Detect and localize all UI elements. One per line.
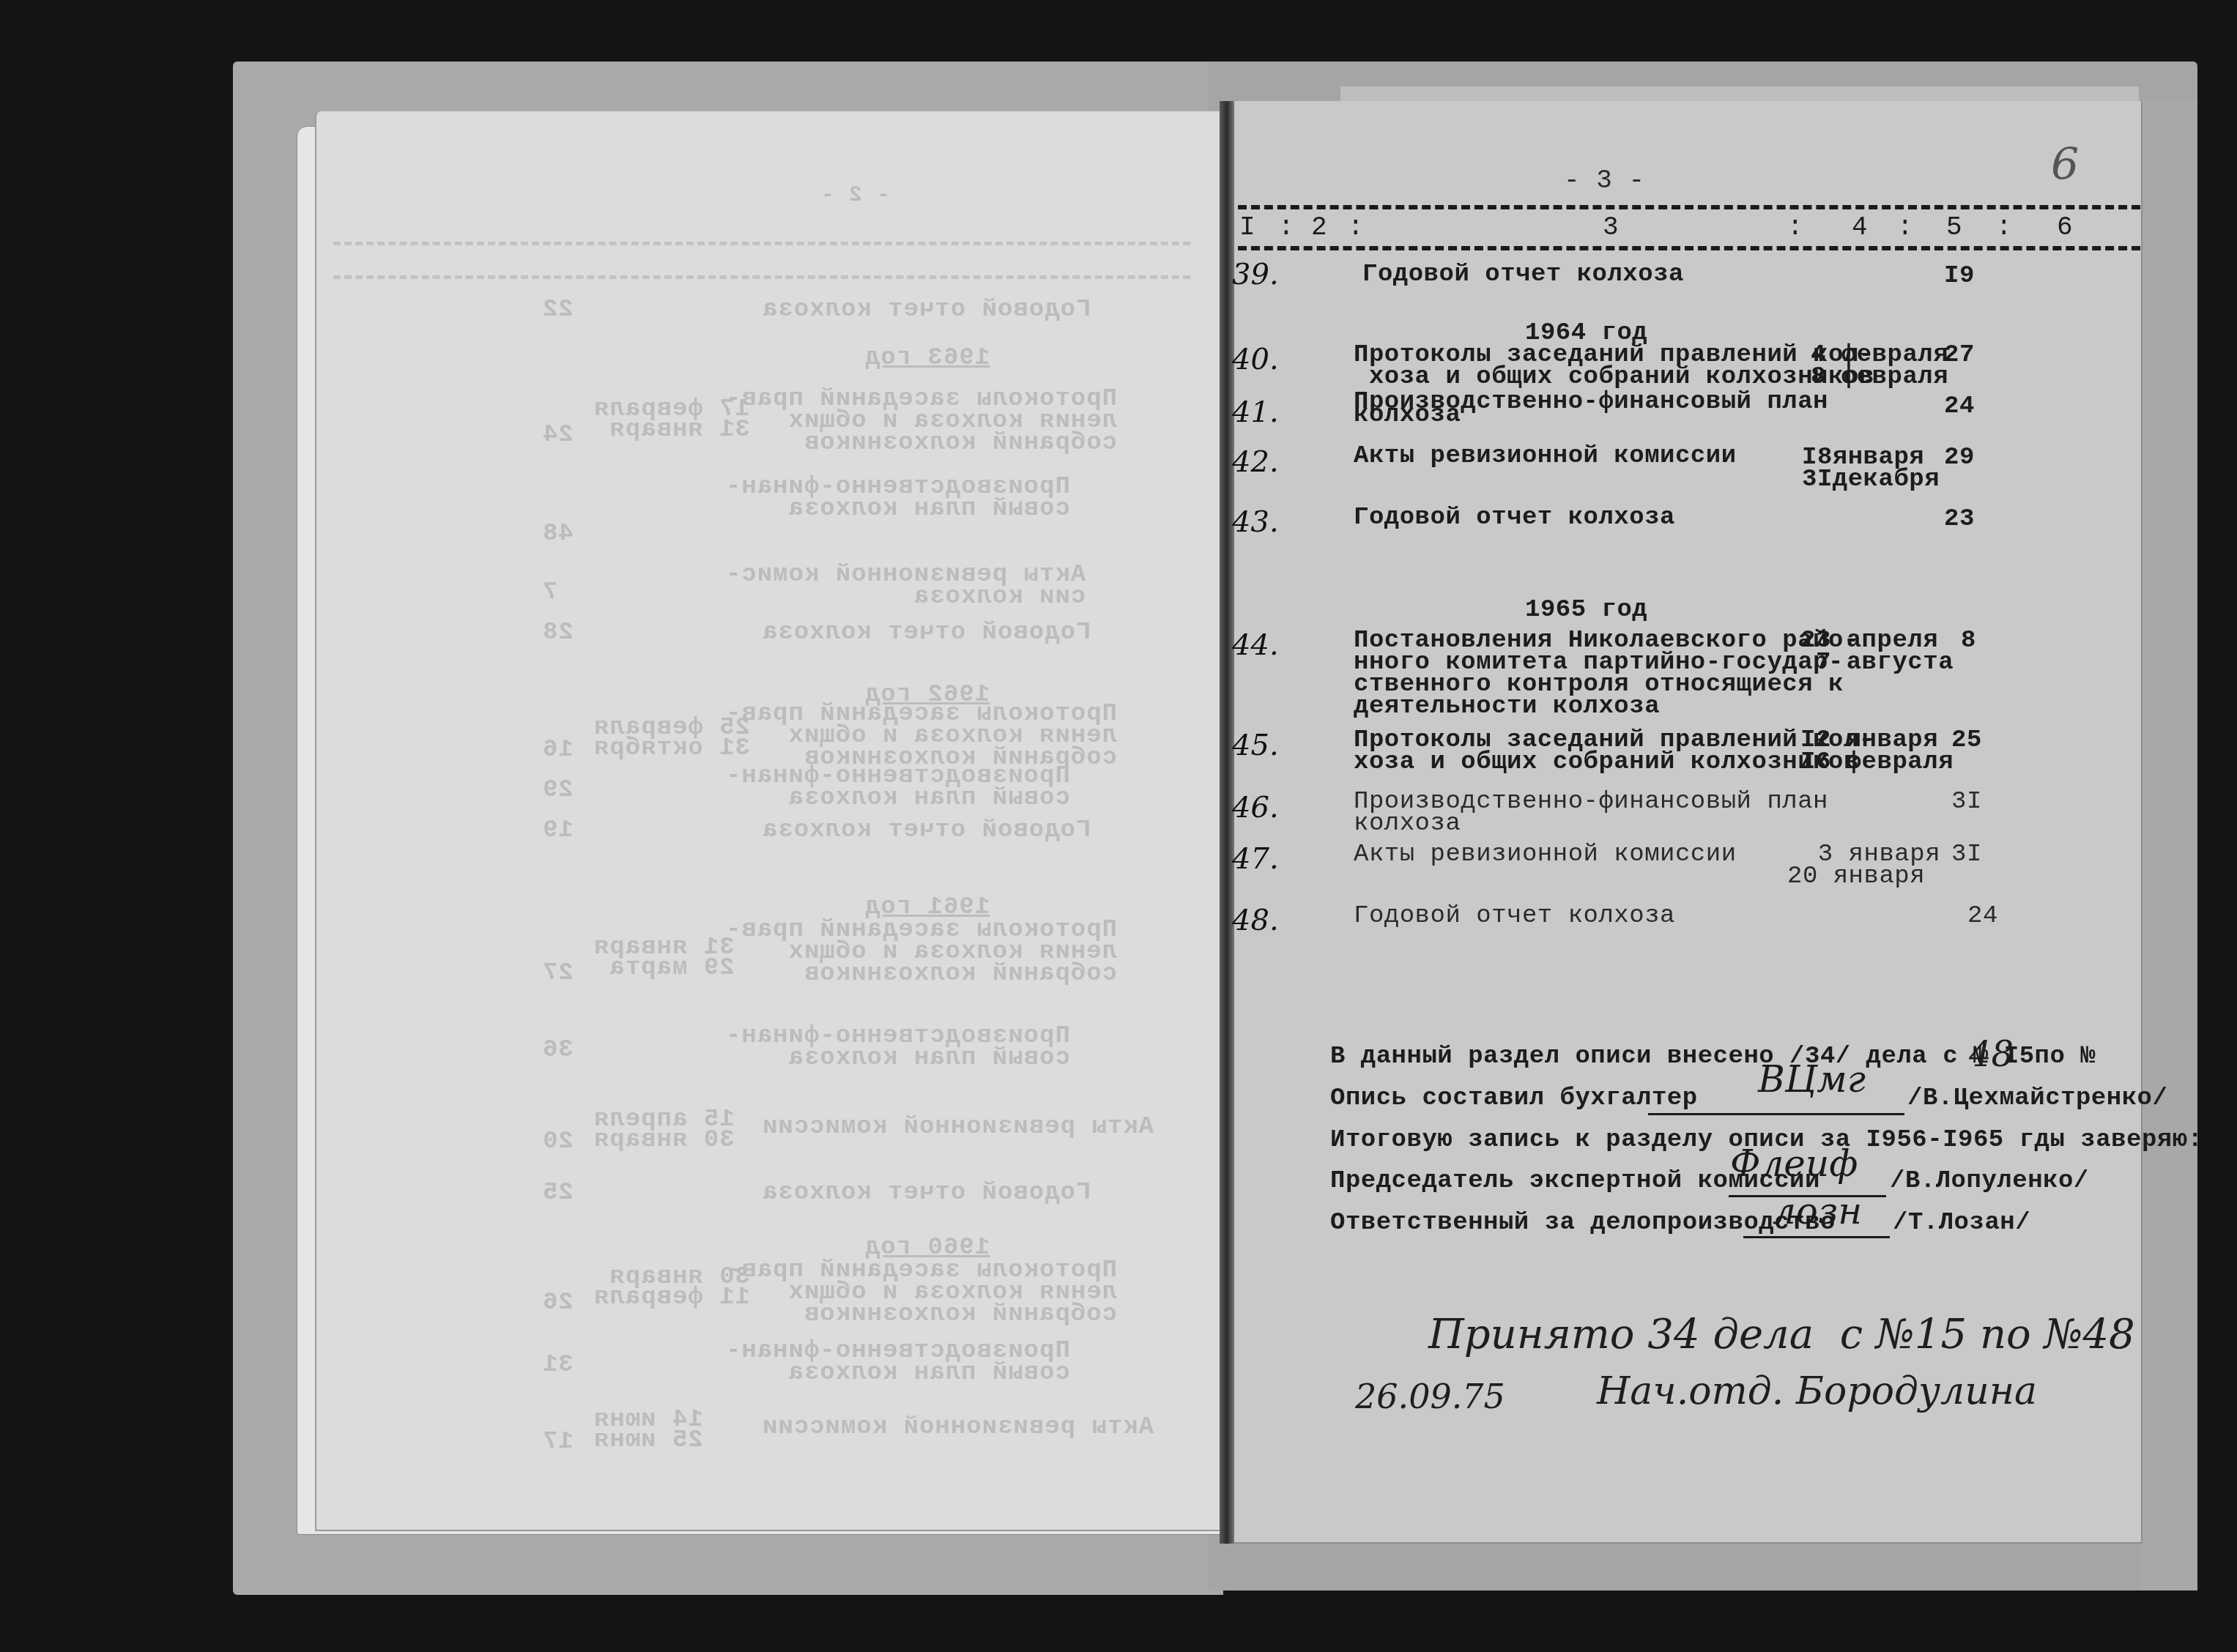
- clerk-signature-line: [1743, 1236, 1890, 1238]
- row-title: Годовой отчет колхоза: [1354, 507, 1675, 529]
- compiler-signature: ВЦмг: [1758, 1058, 1866, 1101]
- acceptance-text: Принято 34 дела с №15 по №48: [1428, 1311, 2135, 1358]
- row-dates: 3 января 20 января: [1787, 844, 1940, 888]
- row-title: Акты ревизионной комиссии: [1354, 844, 1737, 866]
- ghost-num: 7: [542, 578, 557, 606]
- col-separator: :: [1348, 212, 1364, 242]
- clerk-name: /Т.Лозан/: [1893, 1212, 2030, 1234]
- folder-strip: [1340, 86, 2139, 101]
- ghost-num: 29: [542, 776, 574, 804]
- row-sheets: 27: [1944, 344, 1975, 366]
- chair-signature: Флеиф: [1730, 1142, 1858, 1185]
- compiler-label: Опись составил бухгалтер: [1330, 1087, 1698, 1109]
- col-3-header: 3: [1603, 212, 1619, 242]
- row-title: Производственно-финансовый план колхоза: [1354, 395, 1828, 422]
- ghost-line: Производственно-финан- совый план колхоз…: [725, 1025, 1070, 1069]
- row-dates: I8января 3Iдекабря: [1802, 447, 1940, 491]
- col-1-header: I: [1239, 212, 1255, 242]
- row-dates: 23 апреля 7 августа: [1800, 630, 1954, 674]
- table-rule-top: [1238, 205, 2140, 209]
- row-title: Протоколы заседаний правлений кол- хоза …: [1354, 344, 1874, 388]
- row-sheets: 8: [1961, 630, 1976, 652]
- row-number: 43.: [1232, 505, 1279, 539]
- ghost-dates: 15 апреля 30 января: [593, 1109, 735, 1150]
- row-title: Годовой отчет колхоза: [1362, 264, 1684, 286]
- ghost-line: Акты ревизионной комис- сии колхоза: [725, 564, 1086, 608]
- row-sheets: 24: [1944, 395, 1975, 417]
- ghost-line: Производственно-финан- совый план колхоз…: [725, 765, 1070, 809]
- ghost-line: Протоколы заседаний прав- ления колхоза …: [725, 388, 1117, 454]
- ghost-num: 16: [542, 736, 574, 764]
- ghost-num: 22: [542, 296, 574, 324]
- col-separator: :: [1278, 212, 1294, 242]
- row-sheets: 3I: [1951, 791, 1982, 813]
- row-sheets: I9: [1944, 265, 1975, 287]
- ghost-num: 36: [542, 1036, 574, 1064]
- ghost-line: Годовой отчет колхоза: [762, 1179, 1091, 1207]
- ghost-dates: 14 июня 25 июня: [593, 1410, 703, 1451]
- acceptance-date: 26.09.75: [1355, 1377, 1505, 1416]
- row-sheets: 3I: [1951, 844, 1982, 866]
- page-number: - 3 -: [1564, 170, 1645, 192]
- ghost-line: Производственно-финан- совый план колхоз…: [725, 476, 1070, 520]
- row-title: Акты ревизионной комиссии: [1354, 445, 1737, 467]
- clerk-label: Ответственный за делопроизводство: [1330, 1212, 1836, 1234]
- ghost-dates: 31 января 29 марта: [593, 937, 735, 978]
- row-dates: I2 января I6 февраля: [1800, 729, 1954, 773]
- chair-name: /В.Лопуленко/: [1890, 1170, 2089, 1192]
- row-sheets: 24: [1967, 905, 1998, 927]
- compiler-name: /В.Цехмайстренко/: [1907, 1087, 2167, 1109]
- ghost-num: 31: [542, 1351, 574, 1379]
- acceptance-signer: Нач.отд. Бородулина: [1597, 1369, 2037, 1413]
- row-number: 46.: [1232, 791, 1279, 825]
- ghost-dates: 25 февраля 31 октября: [593, 718, 750, 759]
- ghost-line: Протоколы заседаний прав- ления колхоза …: [725, 1260, 1117, 1325]
- summary-last-number: 48: [1969, 1034, 2014, 1075]
- row-number: 42.: [1232, 445, 1279, 479]
- ghost-dates: 30 января 11 февраля: [593, 1267, 750, 1308]
- ghost-num: 48: [542, 520, 574, 548]
- ghost-line: Акты ревизионной комиссии: [762, 1113, 1154, 1141]
- ghost-line: Протоколы заседаний прав- ления колхоза …: [725, 919, 1117, 985]
- left-page-number: - 2 -: [820, 183, 890, 208]
- section-year-1965: 1965 год: [1525, 599, 1647, 621]
- row-title: Протоколы заседаний правлений кол- хоза …: [1354, 729, 1874, 773]
- ghost-dates: 17 февраля 31 января: [593, 399, 750, 440]
- col-6-header: 6: [2057, 212, 2073, 242]
- ghost-line: Годовой отчет колхоза: [762, 296, 1091, 324]
- left-dash-top: [333, 242, 1190, 245]
- col-separator: :: [1897, 212, 1913, 242]
- ghost-num: 25: [542, 1179, 574, 1207]
- row-number: 41.: [1232, 395, 1279, 429]
- ghost-line: Протоколы заседаний прав- ления колхоза …: [725, 703, 1117, 769]
- ghost-line: Годовой отчет колхоза: [762, 816, 1091, 844]
- left-dash-bottom: [333, 275, 1190, 279]
- ghost-line: Производственно-финан- совый план колхоз…: [725, 1340, 1070, 1384]
- row-number: 48.: [1232, 904, 1279, 937]
- clerk-signature: лозн: [1773, 1190, 1862, 1232]
- row-dates: 4 февраля 8 февраля: [1811, 344, 1948, 388]
- ghost-section: 1963 год: [864, 344, 990, 372]
- row-title: Годовой отчет колхоза: [1354, 905, 1675, 927]
- row-title: Производственно-финансовый план колхоза: [1354, 791, 1828, 835]
- col-separator: :: [1996, 212, 2012, 242]
- compiler-signature-line: [1648, 1113, 1904, 1115]
- col-4-header: 4: [1852, 212, 1868, 242]
- right-cover-edge: [2140, 101, 2197, 1590]
- row-title: Постановления Николаевского райо- нного …: [1354, 630, 1859, 718]
- ghost-num: 17: [542, 1428, 574, 1456]
- table-rule-bottom: [1238, 246, 2140, 250]
- col-2-header: 2: [1311, 212, 1327, 242]
- ghost-num: 28: [542, 619, 574, 647]
- row-number: 44.: [1232, 628, 1279, 662]
- col-separator: :: [1787, 212, 1803, 242]
- ghost-num: 24: [542, 421, 574, 449]
- row-sheets: 25: [1951, 729, 1982, 751]
- ghost-num: 19: [542, 816, 574, 844]
- row-number: 45.: [1232, 729, 1279, 762]
- ghost-line: Акты ревизионной комиссии: [762, 1413, 1154, 1441]
- folio-number: 6: [2051, 139, 2079, 190]
- col-5-header: 5: [1946, 212, 1962, 242]
- ghost-num: 20: [542, 1128, 574, 1156]
- ghost-num: 27: [542, 959, 574, 987]
- row-number: 47.: [1232, 842, 1279, 876]
- row-number: 39.: [1232, 258, 1279, 291]
- row-number: 40.: [1232, 343, 1279, 376]
- ghost-num: 26: [542, 1289, 574, 1317]
- ghost-line: Годовой отчет колхоза: [762, 619, 1091, 647]
- row-sheets: 23: [1944, 508, 1975, 530]
- row-sheets: 29: [1944, 447, 1975, 469]
